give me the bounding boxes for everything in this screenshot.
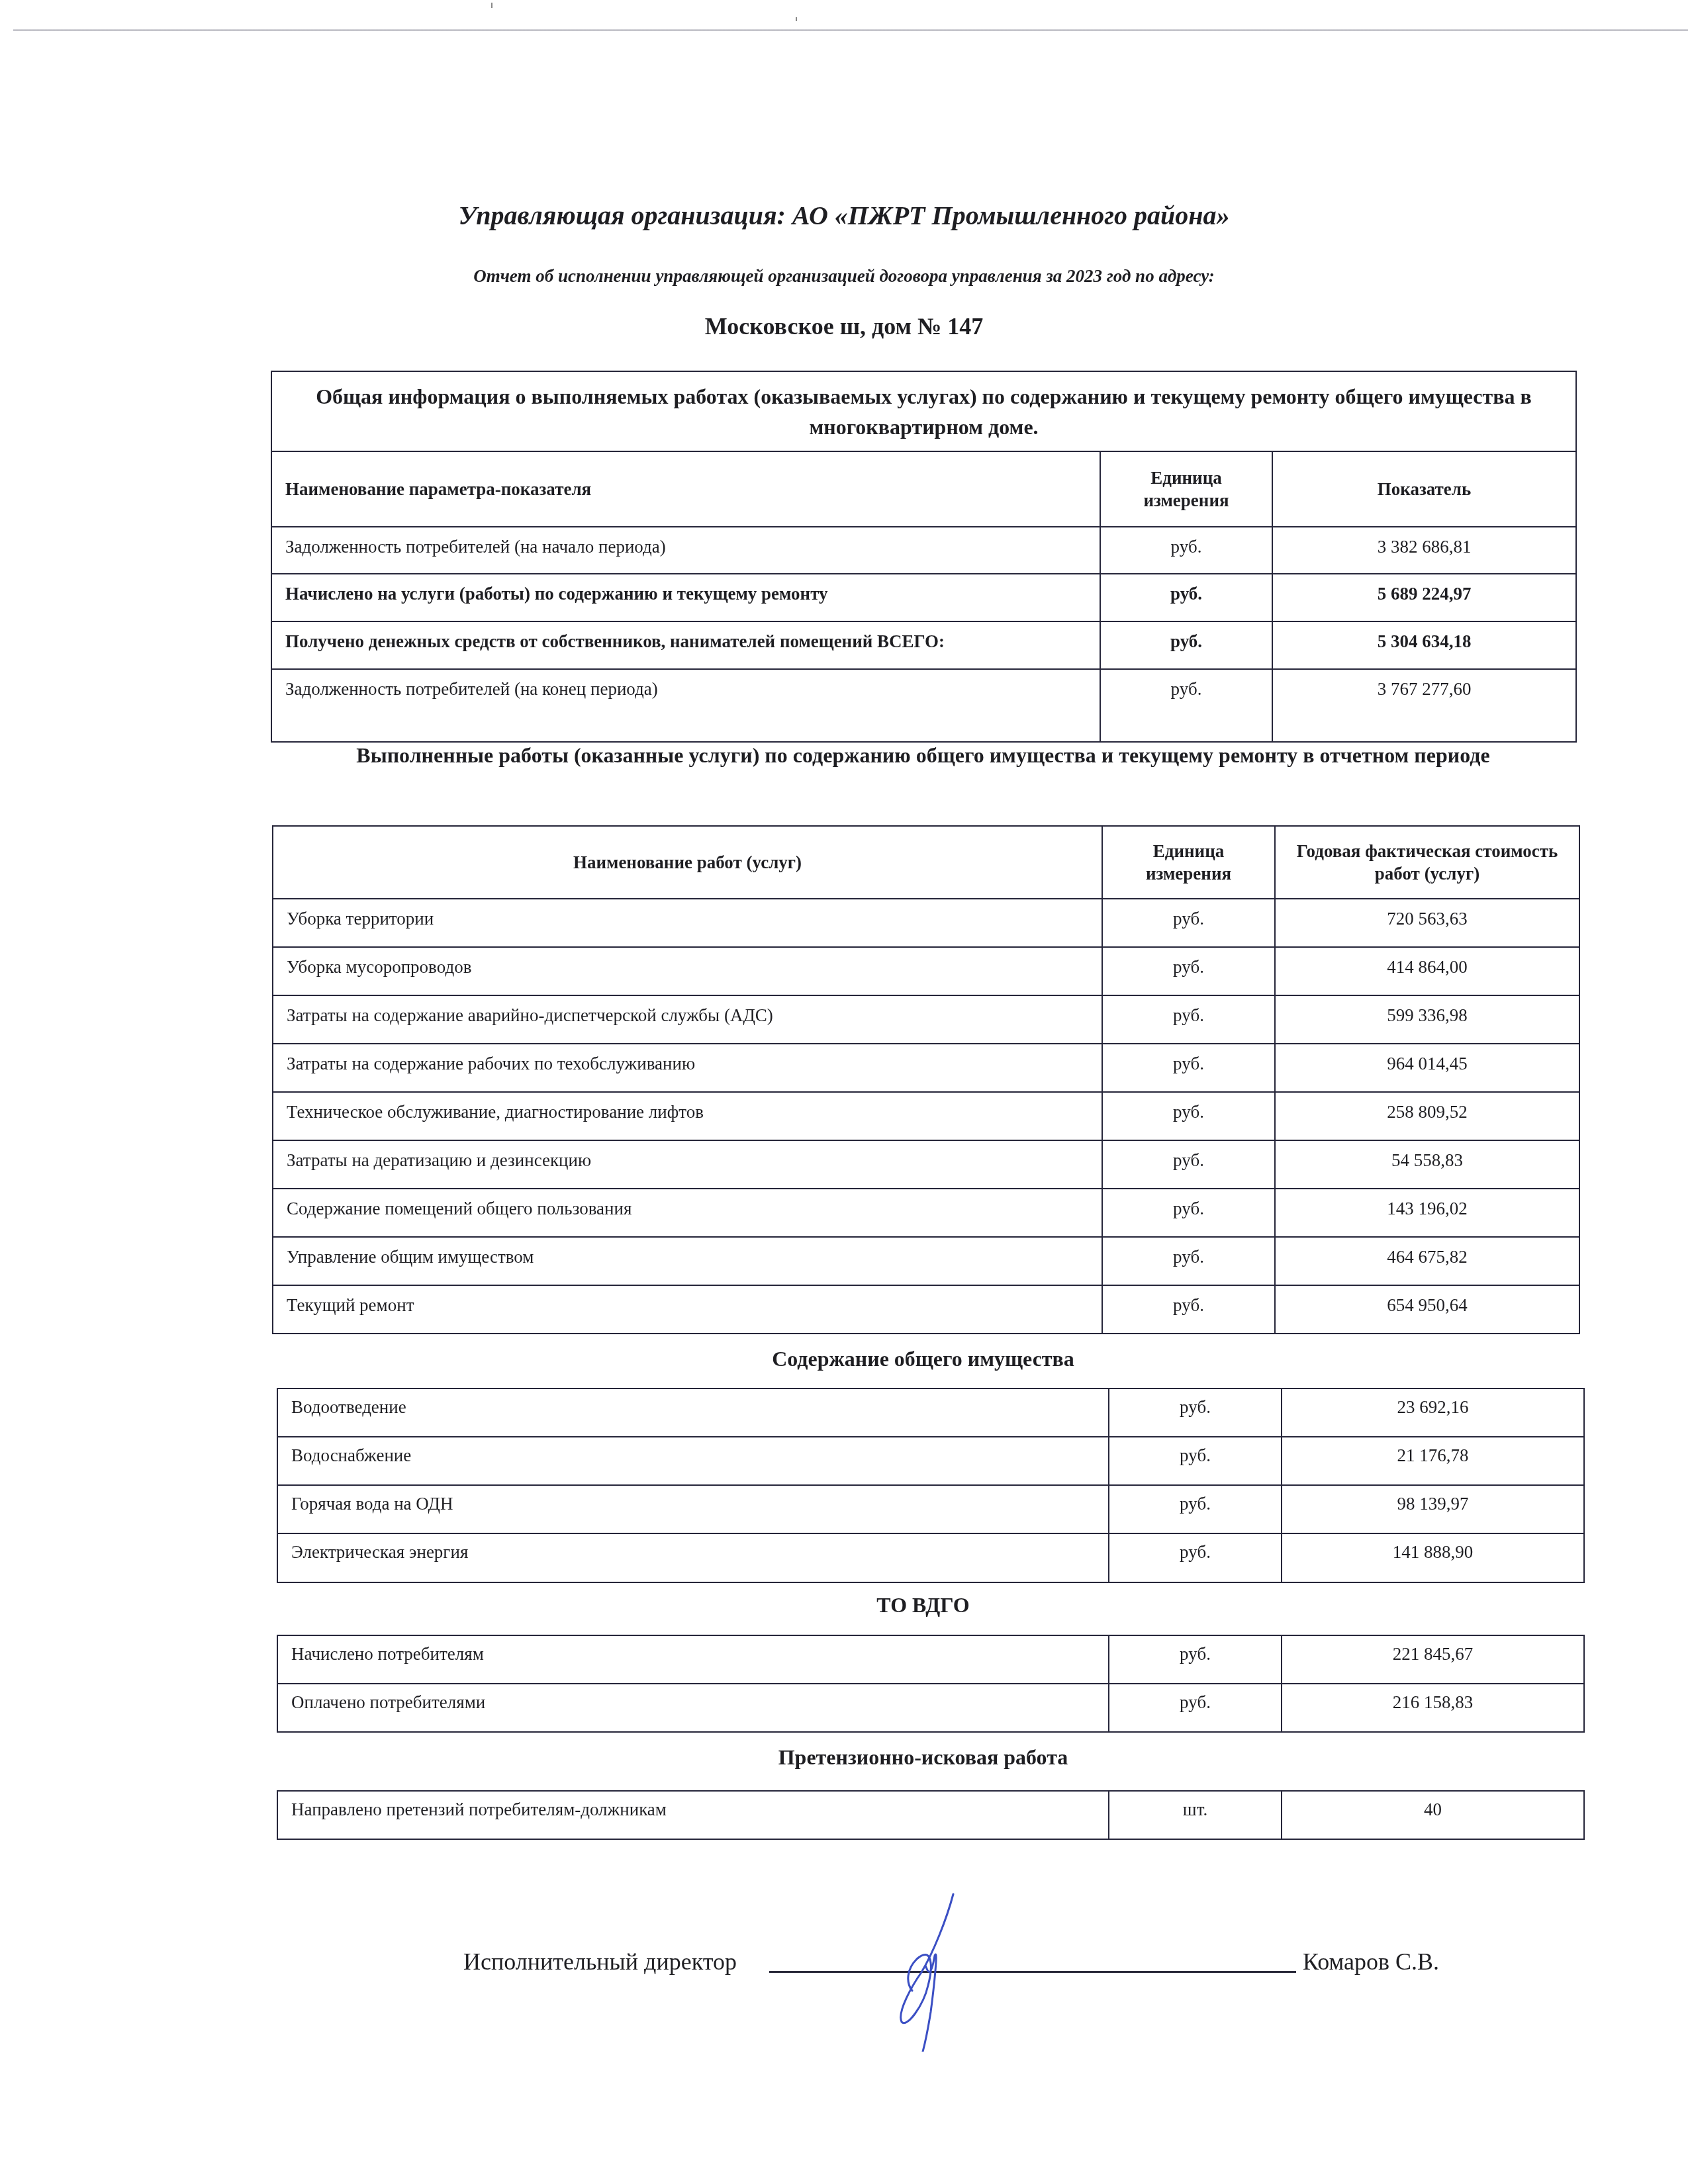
row-value: 216 158,83 [1282, 1684, 1584, 1732]
row-value: 258 809,52 [1275, 1092, 1579, 1140]
table-row: Начислено потребителямруб.221 845,67 [277, 1635, 1584, 1684]
table-row: Электрическая энергияруб.141 888,90 [277, 1533, 1584, 1582]
row-name: Оплачено потребителями [277, 1684, 1109, 1732]
row-unit: руб. [1100, 621, 1272, 669]
row-name: Техническое обслуживание, диагностирован… [273, 1092, 1102, 1140]
row-unit: руб. [1109, 1684, 1282, 1732]
column-header-unit: Единица измерения [1102, 826, 1275, 899]
table-row: Содержание помещений общего пользованияр… [273, 1189, 1579, 1237]
table-row: Задолженность потребителей (на конец пер… [271, 669, 1576, 742]
table-row: Водоотведениеруб.23 692,16 [277, 1388, 1584, 1437]
column-header-annual-cost: Годовая фактическая стоимость работ (усл… [1275, 826, 1579, 899]
table-row: Горячая вода на ОДНруб.98 139,97 [277, 1485, 1584, 1533]
row-name: Затраты на содержание аварийно-диспетчер… [273, 995, 1102, 1044]
row-value: 141 888,90 [1282, 1533, 1584, 1582]
row-value: 143 196,02 [1275, 1189, 1579, 1237]
row-name: Задолженность потребителей (на конец пер… [271, 669, 1100, 742]
general-info-caption: Общая информация о выполняемых работах (… [271, 371, 1576, 451]
row-name: Уборка мусоропроводов [273, 947, 1102, 995]
table-row: Затраты на дератизацию и дезинсекциюруб.… [273, 1140, 1579, 1189]
row-value: 221 845,67 [1282, 1635, 1584, 1684]
row-name: Электрическая энергия [277, 1533, 1109, 1582]
handwritten-signature-icon [887, 1893, 993, 2052]
row-value: 54 558,83 [1275, 1140, 1579, 1189]
row-unit: руб. [1109, 1388, 1282, 1437]
row-unit: руб. [1100, 527, 1272, 574]
row-unit: руб. [1102, 995, 1275, 1044]
table-row: Задолженность потребителей (на начало пе… [271, 527, 1576, 574]
row-value: 654 950,64 [1275, 1285, 1579, 1334]
row-value: 3 767 277,60 [1272, 669, 1576, 742]
row-name: Водоотведение [277, 1388, 1109, 1437]
claims-title: Претензионно-исковая работа [271, 1742, 1575, 1772]
row-unit: руб. [1102, 1189, 1275, 1237]
row-name: Горячая вода на ОДН [277, 1485, 1109, 1533]
row-name: Затраты на дератизацию и дезинсекцию [273, 1140, 1102, 1189]
row-name: Задолженность потребителей (на начало пе… [271, 527, 1100, 574]
row-unit: шт. [1109, 1791, 1282, 1839]
row-value: 720 563,63 [1275, 899, 1579, 947]
organization-title: Управляющая организация: АО «ПЖРТ Промыш… [0, 200, 1688, 231]
table-row: Затраты на содержание рабочих по техобсл… [273, 1044, 1579, 1092]
scan-speck [491, 3, 492, 8]
row-name: Водоснабжение [277, 1437, 1109, 1485]
table-row: Уборка мусоропроводовруб.414 864,00 [273, 947, 1579, 995]
row-value: 21 176,78 [1282, 1437, 1584, 1485]
signature-line [769, 1971, 1296, 1973]
common-property-title: Содержание общего имущества [271, 1343, 1575, 1374]
row-unit: руб. [1102, 1044, 1275, 1092]
table-row: Уборка территориируб.720 563,63 [273, 899, 1579, 947]
row-value: 40 [1282, 1791, 1584, 1839]
row-unit: руб. [1102, 947, 1275, 995]
row-name: Уборка территории [273, 899, 1102, 947]
column-header-parameter: Наименование параметра-показателя [271, 451, 1100, 527]
completed-works-title: Выполненные работы (оказанные услуги) по… [271, 740, 1575, 770]
table-row: Текущий ремонтруб.654 950,64 [273, 1285, 1579, 1334]
row-unit: руб. [1102, 1092, 1275, 1140]
row-value: 23 692,16 [1282, 1388, 1584, 1437]
general-info-table: Общая информация о выполняемых работах (… [271, 371, 1577, 743]
row-value: 599 336,98 [1275, 995, 1579, 1044]
row-value: 964 014,45 [1275, 1044, 1579, 1092]
table-row: Получено денежных средств от собственник… [271, 621, 1576, 669]
row-unit: руб. [1109, 1533, 1282, 1582]
claims-table: Направлено претензий потребителям-должни… [277, 1790, 1585, 1840]
row-unit: руб. [1102, 1285, 1275, 1334]
table-row: Начислено на услуги (работы) по содержан… [271, 574, 1576, 621]
row-name: Начислено потребителям [277, 1635, 1109, 1684]
row-unit: руб. [1109, 1437, 1282, 1485]
row-name: Текущий ремонт [273, 1285, 1102, 1334]
row-unit: руб. [1102, 1140, 1275, 1189]
row-unit: руб. [1102, 899, 1275, 947]
row-unit: руб. [1100, 574, 1272, 621]
row-name: Содержание помещений общего пользования [273, 1189, 1102, 1237]
vdgo-table: Начислено потребителямруб.221 845,67Опла… [277, 1635, 1585, 1733]
row-name: Начислено на услуги (работы) по содержан… [271, 574, 1100, 621]
row-unit: руб. [1109, 1635, 1282, 1684]
table-row: Затраты на содержание аварийно-диспетчер… [273, 995, 1579, 1044]
table-row: Водоснабжениеруб.21 176,78 [277, 1437, 1584, 1485]
table-row: Направлено претензий потребителям-должни… [277, 1791, 1584, 1839]
row-value: 464 675,82 [1275, 1237, 1579, 1285]
row-value: 5 304 634,18 [1272, 621, 1576, 669]
row-value: 414 864,00 [1275, 947, 1579, 995]
row-name: Направлено претензий потребителям-должни… [277, 1791, 1109, 1839]
table-row: Техническое обслуживание, диагностирован… [273, 1092, 1579, 1140]
row-value: 5 689 224,97 [1272, 574, 1576, 621]
completed-works-table: Наименование работ (услуг) Единица измер… [272, 825, 1580, 1334]
row-value: 98 139,97 [1282, 1485, 1584, 1533]
table-row: Управление общим имуществомруб.464 675,8… [273, 1237, 1579, 1285]
row-unit: руб. [1100, 669, 1272, 742]
report-title: Отчет об исполнении управляющей организа… [0, 266, 1688, 287]
row-unit: руб. [1102, 1237, 1275, 1285]
signer-name: Комаров С.В. [1303, 1948, 1439, 1976]
common-property-table: Водоотведениеруб.23 692,16Водоснабжениер… [277, 1388, 1585, 1583]
row-name: Затраты на содержание рабочих по техобсл… [273, 1044, 1102, 1092]
signer-position: Исполнительный директор [463, 1948, 737, 1976]
row-unit: руб. [1109, 1485, 1282, 1533]
column-header-unit: Единица измерения [1100, 451, 1272, 527]
table-row: Оплачено потребителямируб.216 158,83 [277, 1684, 1584, 1732]
column-header-value: Показатель [1272, 451, 1576, 527]
scan-speck [796, 17, 797, 21]
row-name: Управление общим имуществом [273, 1237, 1102, 1285]
address: Московское ш, дом № 147 [0, 312, 1688, 340]
column-header-work-name: Наименование работ (услуг) [273, 826, 1102, 899]
row-name: Получено денежных средств от собственник… [271, 621, 1100, 669]
vdgo-title: ТО ВДГО [271, 1590, 1575, 1620]
scan-edge-line [13, 29, 1688, 31]
row-value: 3 382 686,81 [1272, 527, 1576, 574]
